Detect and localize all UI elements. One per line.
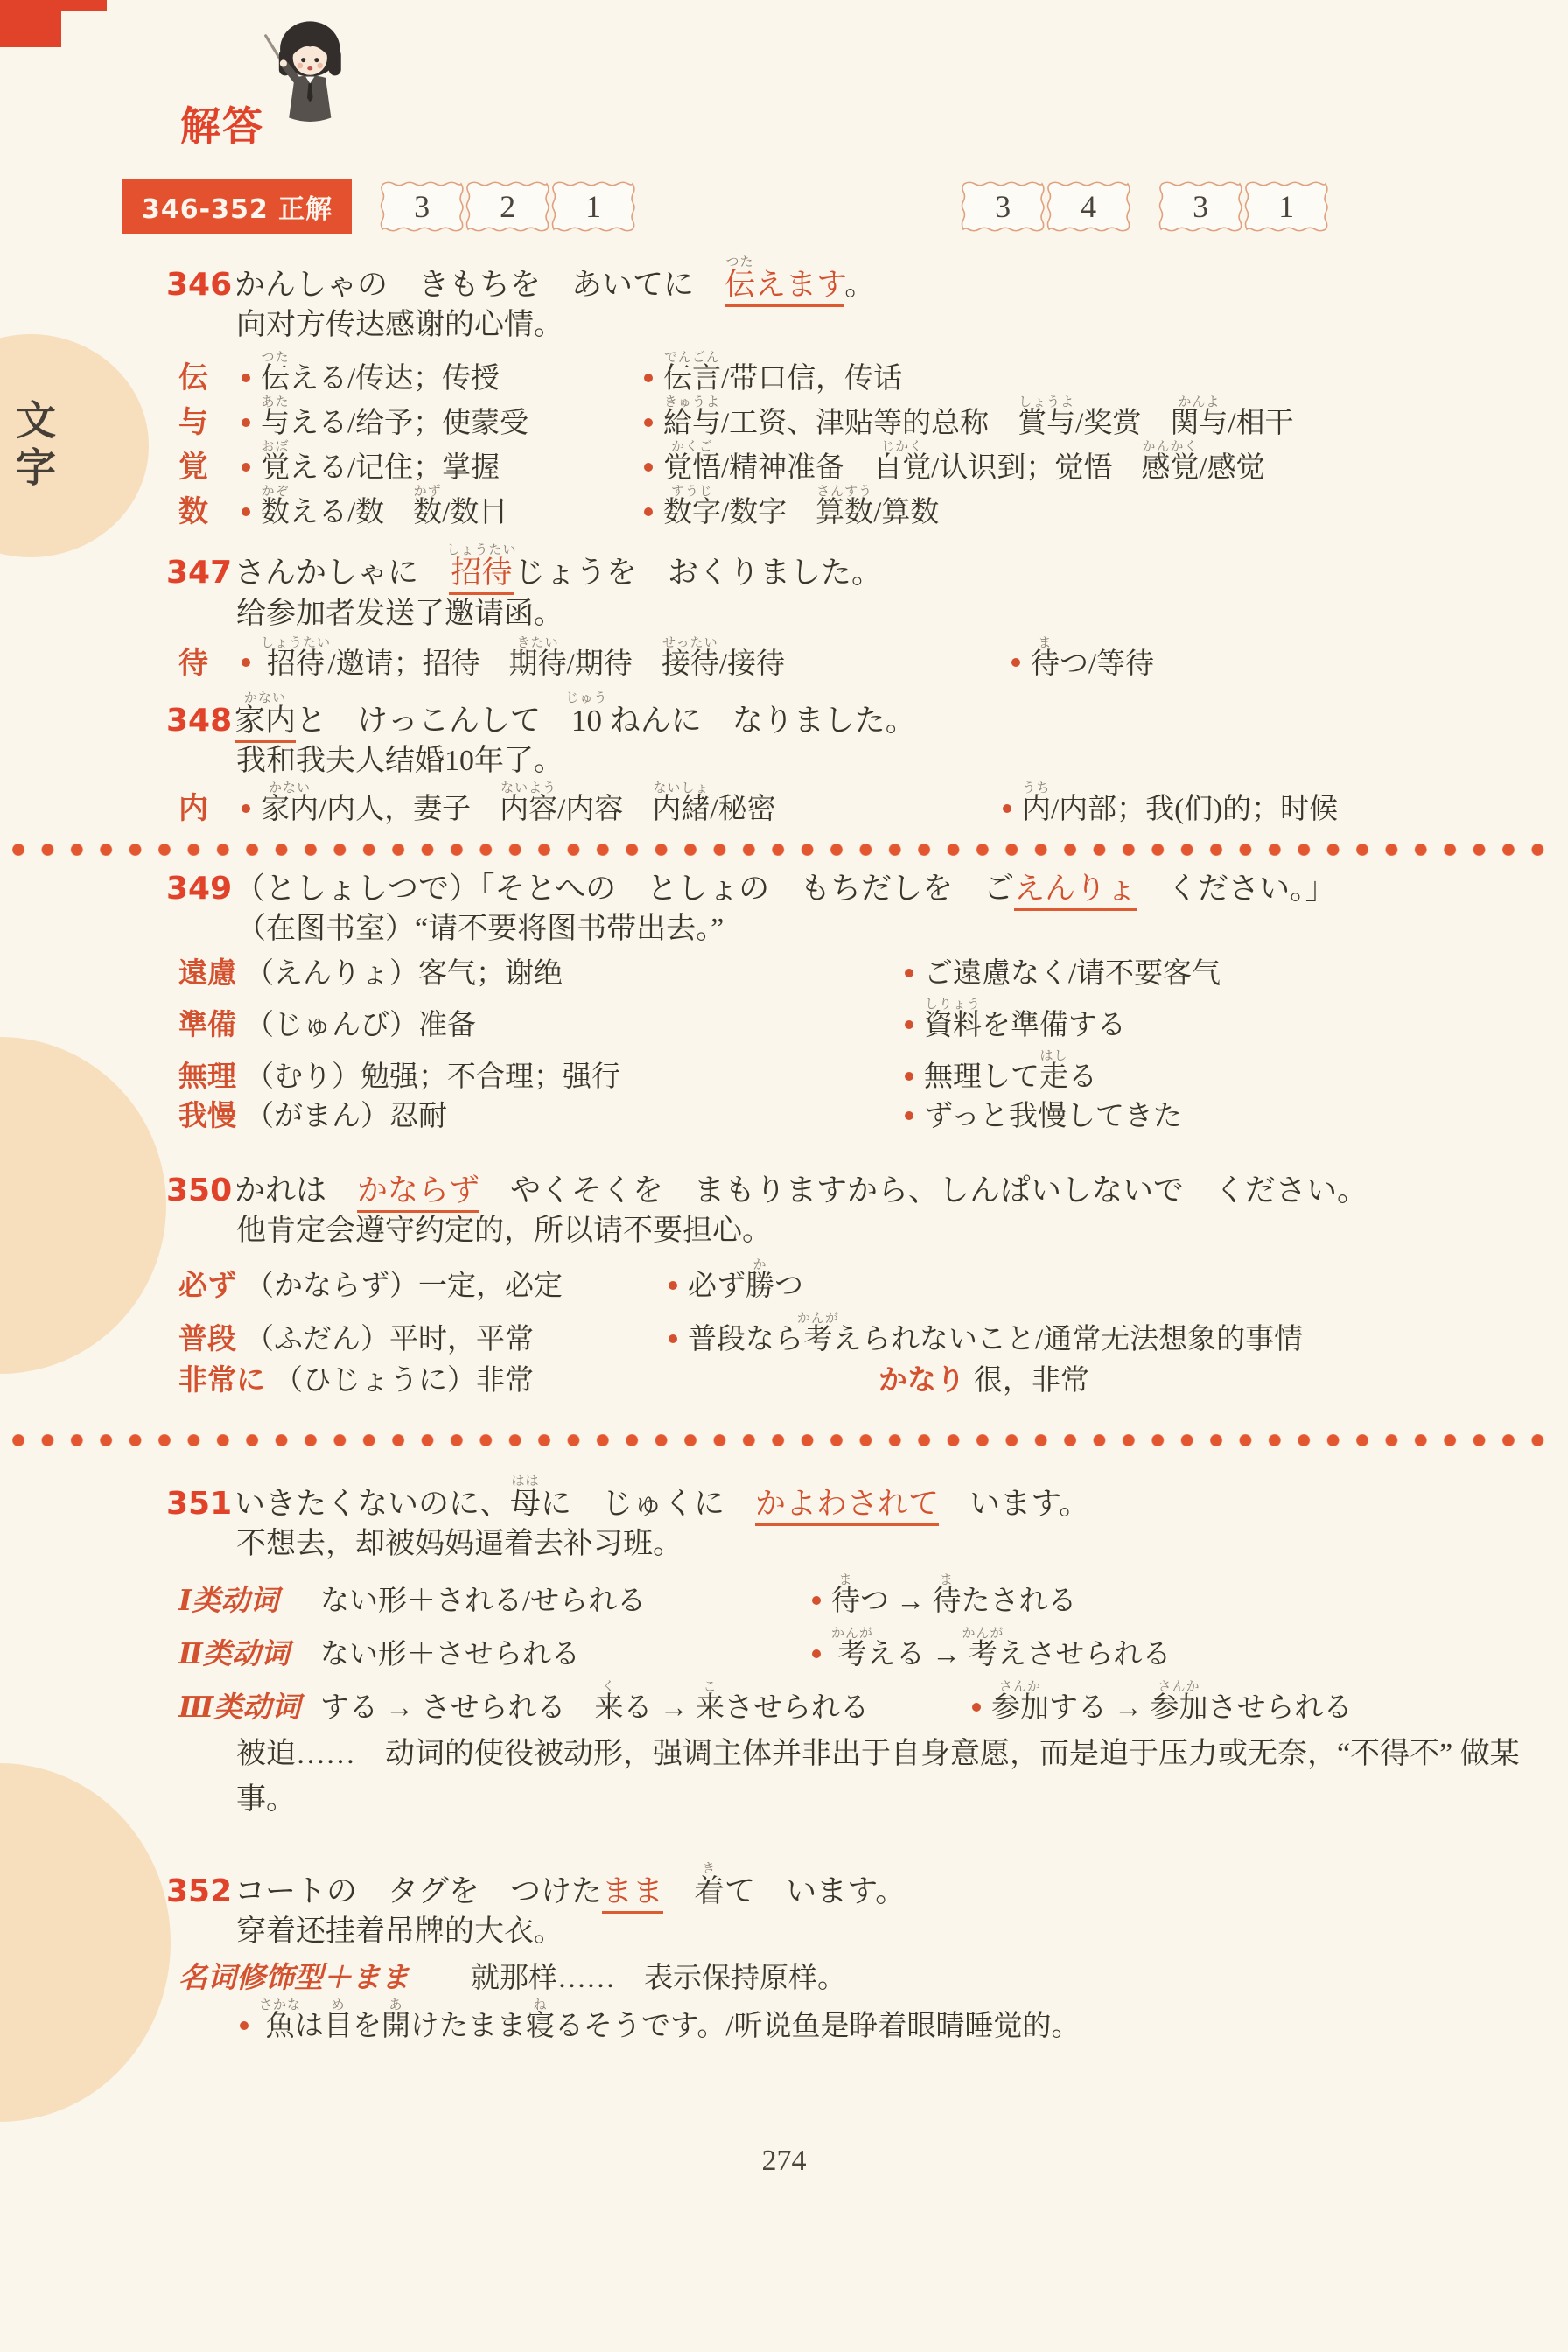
question-sentence: （としょしつで）「そとへの としょの もちだしを ごえんりょ ください。」 xyxy=(234,871,1336,911)
example-text: 考かんがえる → 考かんがえさせられる xyxy=(831,1639,1172,1670)
term-meaning: （えんりょ）客气；谢绝 xyxy=(245,958,563,990)
answer-value: 1 xyxy=(1242,178,1330,234)
grammar-row-type3: Ⅲ类动词 する → させられる 来くる → 来こさせられる 参加さんかする → … xyxy=(166,1680,1536,1725)
vocab-item: 数かぞえる/数 数かず/数目 xyxy=(261,497,507,528)
term-word: 準備 xyxy=(178,1010,236,1042)
term-word: 非常に xyxy=(178,1365,265,1397)
grammar-rule: ない形＋させられる xyxy=(320,1639,812,1671)
answer-value: 2 xyxy=(464,178,551,234)
example-item: 無理して走はしる xyxy=(905,1049,1097,1094)
example-item: 考かんがえる → 考かんがえさせられる xyxy=(812,1627,1172,1671)
term-meaning: （ふだん）平时，平常 xyxy=(245,1324,534,1356)
term-word: 我慢 xyxy=(178,1101,236,1133)
bullet-icon xyxy=(905,969,913,977)
answer-cell: 3 xyxy=(1157,178,1244,234)
question-number-346: 346 xyxy=(166,268,234,303)
bullet-icon xyxy=(812,1649,821,1658)
question-350-translation: 他肯定会遵守约定的，所以请不要担心。 xyxy=(236,1214,1536,1249)
answer-key-row: 346-352 正解 3 2 1 3 4 3 1 xyxy=(122,178,1536,234)
term-meaning: （ひじょうに）非常 xyxy=(274,1365,534,1397)
example-text: ずっと我慢してきた xyxy=(924,1101,1182,1132)
synonym-word: かなり xyxy=(878,1365,965,1396)
vocab-row-tai: 待 招待しょうたい/邀请；招待 期待きたい/期待 接待せったい/接待 待まつ/等… xyxy=(166,636,1536,681)
page-number: 274 xyxy=(31,2145,1536,2178)
vocab-group: 数字すうじ/数字 算数さんすう/算数 xyxy=(644,485,939,529)
example-item: 魚さかなは目めを開あけたまま寝ねるそうです。/听说鱼是睁着眼睛睡觉的。 xyxy=(240,1998,1536,2043)
page-edge-strip xyxy=(0,0,107,11)
vocab-item: 待まつ/等待 xyxy=(1031,648,1154,680)
bullet-icon xyxy=(1003,804,1011,813)
answer-cell: 1 xyxy=(549,178,637,234)
question-number-351: 351 xyxy=(166,1487,234,1522)
synonym-item: かなり很，非常 xyxy=(878,1365,1089,1397)
example-text: 普段なら考かんがえられないこと/通常无法想象的事情 xyxy=(688,1324,1303,1355)
term-word: 必ず xyxy=(178,1270,236,1303)
vocab-group: 覚おぼえる/记住；掌握 xyxy=(241,440,644,485)
example-item: 必ず勝かつ xyxy=(668,1258,803,1303)
answer-cell: 3 xyxy=(378,178,465,234)
vocab-row-kaku: 覚 覚おぼえる/记住；掌握 覚悟かくご/精神准备 自覚じかく/认识到；觉悟 感覚… xyxy=(166,440,1536,485)
example-item: 資料しりょうを準備する xyxy=(905,997,1126,1042)
question-352-translation: 穿着还挂着吊牌的大衣。 xyxy=(236,1914,1536,1950)
question-sentence: 家内かないと けっこんして 10じゅう ねんに なりました。 xyxy=(234,703,916,743)
pattern-meaning: 就那样…… 表示保持原样。 xyxy=(471,1963,846,1995)
term-row-enryo: 遠慮（えんりょ）客气；谢绝 ご遠慮なく/请不要客气 xyxy=(166,958,1536,990)
term-word: 普段 xyxy=(178,1324,236,1356)
term-row-gaman: 我慢（がまん）忍耐 ずっと我慢してきた xyxy=(166,1101,1536,1133)
term-row-muri: 無理（むり）勉强；不合理；强行 無理して走はしる xyxy=(166,1049,1536,1094)
answer-value: 3 xyxy=(378,178,465,234)
question-347-translation: 给参加者发送了邀请函。 xyxy=(236,597,1536,633)
vocab-item: 数字すうじ/数字 算数さんすう/算数 xyxy=(663,497,939,528)
vocab-head-char: 伝 xyxy=(178,362,241,395)
synonym-meaning: 很，非常 xyxy=(974,1365,1089,1396)
bullet-icon xyxy=(905,1020,913,1029)
vocab-item: 伝つたえる/传达；传授 xyxy=(261,363,500,395)
example-item: 参加さんかする → 参加さんかさせられる xyxy=(972,1680,1353,1725)
bullet-icon xyxy=(241,374,250,382)
vocab-item: 与あたえる/给予；使蒙受 xyxy=(261,408,528,439)
bullet-icon xyxy=(905,1072,913,1081)
answer-value: 3 xyxy=(1157,178,1244,234)
vocab-head-char: 内 xyxy=(178,793,241,826)
answer-cell: 4 xyxy=(1045,178,1132,234)
question-number-349: 349 xyxy=(166,871,234,906)
pattern-row-mama: 名词修饰型＋まま 就那样…… 表示保持原样。 xyxy=(166,1963,1536,1995)
question-sentence: コートの タグを つけたまま 着きて います。 xyxy=(234,1874,906,1914)
term-meaning: （かならず）一定，必定 xyxy=(245,1270,563,1303)
bullet-icon xyxy=(1011,658,1020,667)
vocab-group: 覚悟かくご/精神准备 自覚じかく/认识到；觉悟 感覚かんかく/感觉 xyxy=(644,440,1265,485)
vocab-group: 伝言でんごん/带口信，传话 xyxy=(644,351,902,395)
term-word: 無理 xyxy=(178,1061,236,1094)
example-item: ご遠慮なく/请不要客气 xyxy=(905,958,1221,990)
term-meaning: （がまん）忍耐 xyxy=(245,1101,447,1133)
question-351-line: 351いきたくないのに、母ははに じゅくに かよわされて います。 xyxy=(166,1474,1536,1522)
answer-key-label: 346-352 正解 xyxy=(122,179,352,234)
vocab-group: 内うち/内部；我(们)的；时候 xyxy=(1003,781,1338,826)
question-sentence: さんかしゃに 招待しょうたいじょうを おくりました。 xyxy=(234,556,882,595)
question-352-line: 352コートの タグを つけたまま 着きて います。 xyxy=(166,1862,1536,1909)
bullet-icon xyxy=(241,507,250,516)
question-sentence: かんしゃの きもちを あいてに 伝つたえます。 xyxy=(234,268,875,307)
vocab-item: 家内かない/内人，妻子 内容ないよう/内容 内緒ないしょ/秘密 xyxy=(261,794,776,825)
vocab-group: 与あたえる/给予；使蒙受 xyxy=(241,395,644,440)
term-meaning: （むり）勉强；不合理；强行 xyxy=(245,1061,620,1094)
term-word: 遠慮 xyxy=(178,958,236,990)
vocab-head-char: 数 xyxy=(178,496,241,529)
vocab-item: 覚おぼえる/记住；掌握 xyxy=(261,452,500,484)
question-number-352: 352 xyxy=(166,1874,234,1909)
answer-cell: 3 xyxy=(959,178,1046,234)
bullet-icon xyxy=(644,374,653,382)
example-text: 資料しりょうを準備する xyxy=(924,1010,1126,1041)
vocab-item: 招待しょうたい/邀请；招待 期待きたい/期待 接待せったい/接待 xyxy=(261,648,785,680)
vocab-group: 待まつ/等待 xyxy=(1011,636,1154,681)
grammar-label: Ⅱ类动词 xyxy=(178,1639,320,1671)
bullet-icon xyxy=(668,1281,677,1290)
question-350-line: 350かれは かならず やくそくを まもりますから、しんぱいしないで ください。 xyxy=(166,1173,1536,1208)
bullet-icon xyxy=(241,418,250,427)
grammar-row-type1: Ⅰ类动词 ない形＋される/せられる 待まつ → 待またされる xyxy=(166,1573,1536,1618)
term-row-kanarazu: 必ず（かならず）一定，必定 必ず勝かつ xyxy=(166,1258,1536,1303)
question-sentence: かれは かならず やくそくを まもりますから、しんぱいしないで ください。 xyxy=(234,1173,1368,1213)
example-text: 参加さんかする → 参加さんかさせられる xyxy=(991,1692,1353,1724)
example-item: 普段なら考かんがえられないこと/通常无法想象的事情 xyxy=(668,1312,1303,1356)
vocab-head-char: 覚 xyxy=(178,451,241,485)
vocab-group: 家内かない/内人，妻子 内容ないよう/内容 内緒ないしょ/秘密 xyxy=(241,781,1003,826)
vocab-head-char: 待 xyxy=(178,647,241,681)
pattern-label: 名词修饰型＋まま xyxy=(178,1963,441,1995)
question-349-line: 349（としょしつで）「そとへの としょの もちだしを ごえんりょ ください。」 xyxy=(166,871,1536,906)
example-text: ご遠慮なく/请不要客气 xyxy=(924,958,1221,990)
example-item: ずっと我慢してきた xyxy=(905,1101,1182,1133)
bullet-icon xyxy=(644,463,653,472)
bullet-icon xyxy=(241,658,250,667)
vocab-row-uchi: 内 家内かない/内人，妻子 内容ないよう/内容 内緒ないしょ/秘密 内うち/内部… xyxy=(166,781,1536,826)
bullet-icon xyxy=(241,804,250,813)
answer-cell: 1 xyxy=(1242,178,1330,234)
vocab-row-yo: 与 与あたえる/给予；使蒙受 給与きゅうよ/工资、津贴等的总称 賞与しょうよ/奖… xyxy=(166,395,1536,440)
question-number-347: 347 xyxy=(166,556,234,591)
vocab-group: 伝つたえる/传达；传授 xyxy=(241,351,644,395)
vocab-item: 内うち/内部；我(们)的；时候 xyxy=(1022,794,1338,825)
answer-group-1: 3 2 1 xyxy=(378,178,637,234)
example-text: 無理して走はしる xyxy=(924,1061,1097,1093)
term-row-junbi: 準備（じゅんび）准备 資料しりょうを準備する xyxy=(166,997,1536,1042)
teacher-illustration xyxy=(259,16,359,149)
question-346-translation: 向对方传达感谢的心情。 xyxy=(236,308,1536,344)
answer-group-3: 3 1 xyxy=(1157,178,1330,234)
vocab-head-char: 与 xyxy=(178,407,241,440)
grammar-row-type2: Ⅱ类动词 ない形＋させられる 考かんがえる → 考かんがえさせられる xyxy=(166,1627,1536,1671)
question-number-348: 348 xyxy=(166,703,234,738)
term-meaning: （じゅんび）准备 xyxy=(245,1010,476,1042)
term-row-hijouni: 非常に（ひじょうに）非常 かなり很，非常 xyxy=(166,1365,1536,1397)
question-347-line: 347さんかしゃに 招待しょうたいじょうを おくりました。 xyxy=(166,543,1536,591)
answer-value: 3 xyxy=(959,178,1046,234)
answer-value: 1 xyxy=(549,178,637,234)
page-title: 解答 xyxy=(180,94,264,152)
vocab-item: 給与きゅうよ/工资、津贴等的总称 賞与しょうよ/奖赏 関与かんよ/相干 xyxy=(663,408,1294,439)
bullet-icon xyxy=(644,418,653,427)
vocab-item: 伝言でんごん/带口信，传话 xyxy=(663,363,902,395)
answer-value: 4 xyxy=(1045,178,1132,234)
example-item: 待まつ → 待またされる xyxy=(812,1573,1077,1618)
bullet-icon xyxy=(972,1703,981,1711)
grammar-note: 被迫…… 动词的使役被动形，强调主体并非出于自身意愿，而是迫于压力或无奈，“不得… xyxy=(236,1732,1542,1823)
dotted-divider xyxy=(12,843,1550,856)
question-sentence: いきたくないのに、母ははに じゅくに かよわされて います。 xyxy=(234,1487,1089,1526)
vocab-row-suu: 数 数かぞえる/数 数かず/数目 数字すうじ/数字 算数さんすう/算数 xyxy=(166,485,1536,529)
grammar-label: Ⅰ类动词 xyxy=(178,1585,320,1618)
question-349-translation: （在图书室）“请不要将图书带出去。” xyxy=(236,912,1536,948)
vocab-group: 給与きゅうよ/工资、津贴等的总称 賞与しょうよ/奖赏 関与かんよ/相干 xyxy=(644,395,1294,440)
example-text: 待まつ → 待またされる xyxy=(831,1585,1077,1617)
grammar-rule: ない形＋される/せられる xyxy=(320,1585,812,1618)
question-348-translation: 我和我夫人结婚10年了。 xyxy=(236,744,1536,780)
answer-cell: 2 xyxy=(464,178,551,234)
question-351-translation: 不想去，却被妈妈逼着去补习班。 xyxy=(236,1527,1536,1563)
answer-group-2: 3 4 xyxy=(959,178,1132,234)
example-text: 魚さかなは目めを開あけたまま寝ねるそうです。/听说鱼是睁着眼睛睡觉的。 xyxy=(259,2011,1081,2042)
term-row-fudan: 普段（ふだん）平时，平常 普段なら考かんがえられないこと/通常无法想象的事情 xyxy=(166,1312,1536,1356)
vocab-group: 招待しょうたい/邀请；招待 期待きたい/期待 接待せったい/接待 xyxy=(241,636,1011,681)
dotted-divider xyxy=(12,1434,1550,1446)
bullet-icon xyxy=(241,463,250,472)
question-number-350: 350 xyxy=(166,1173,234,1208)
example-text: 必ず勝かつ xyxy=(688,1270,803,1302)
bullet-icon xyxy=(644,507,653,516)
question-348-line: 348家内かないと けっこんして 10じゅう ねんに なりました。 xyxy=(166,691,1536,738)
bullet-icon xyxy=(905,1111,913,1120)
question-346-line: 346かんしゃの きもちを あいてに 伝つたえます。 xyxy=(166,255,1536,303)
vocab-group: 数かぞえる/数 数かず/数目 xyxy=(241,485,644,529)
vocab-item: 覚悟かくご/精神准备 自覚じかく/认识到；觉悟 感覚かんかく/感觉 xyxy=(663,452,1265,484)
grammar-rule: する → させられる 来くる → 来こさせられる xyxy=(320,1680,972,1725)
bullet-icon xyxy=(240,2021,248,2030)
bullet-icon xyxy=(668,1334,677,1343)
grammar-label: Ⅲ类动词 xyxy=(178,1692,320,1725)
vocab-row-den: 伝 伝つたえる/传达；传授 伝言でんごん/带口信，传话 xyxy=(166,351,1536,395)
textbook-answer-page: 文字 語彙 文法 解答 346-352 正解 3 2 1 xyxy=(0,0,1568,2352)
bullet-icon xyxy=(812,1596,821,1605)
